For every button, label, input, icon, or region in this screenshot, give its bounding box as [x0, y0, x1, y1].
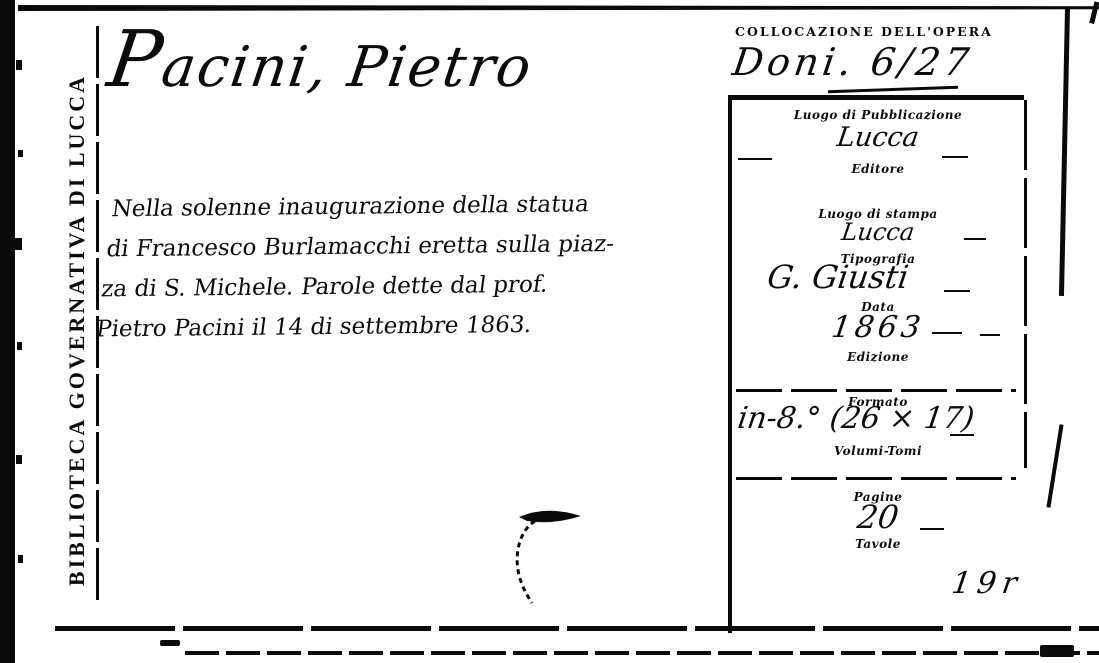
- scan-edge-band: [0, 0, 15, 663]
- field-value: G. Giusti: [689, 258, 986, 296]
- ruling-dash: [980, 334, 1000, 336]
- title-line: za di S. Michele. Parole dette dal prof.: [99, 263, 744, 310]
- scan-speck: [16, 455, 22, 464]
- scan-blob: [1040, 645, 1074, 657]
- panel-right-rule: [1024, 100, 1027, 468]
- scan-speck: [17, 342, 22, 350]
- scan-speck: [16, 60, 22, 70]
- ruling-dash: [942, 156, 968, 158]
- title-text: Nella solenne inaugurazione della statua…: [94, 183, 755, 350]
- scan-speck: [18, 150, 23, 157]
- field-value: Lucca: [730, 218, 1026, 246]
- ruling-dash: [944, 290, 970, 292]
- field-label: Editore: [732, 162, 1024, 176]
- field-label: Tavole: [732, 537, 1024, 551]
- card-top-edge: [18, 5, 1099, 11]
- ruling-dash: [950, 434, 974, 436]
- scan-corner-mark: [1076, 0, 1099, 24]
- ruling-dash: [932, 332, 962, 334]
- collocation-label: COLLOCAZIONE DELL'OPERA: [735, 24, 990, 39]
- field-value: Lucca: [730, 122, 1026, 153]
- library-stamp: BIBLIOTECA GOVERNATIVA DI LUCCA: [57, 25, 97, 635]
- scan-stroke: [1046, 424, 1063, 508]
- field-value: in-8.° (26 × 17): [708, 401, 1005, 436]
- field-value: 20: [729, 498, 1026, 536]
- ink-smudge: [505, 503, 595, 608]
- bibliographic-panel: Luogo di Pubblicazione Lucca Editore Luo…: [728, 95, 1024, 633]
- author-rest: acini, Pietro: [158, 35, 537, 100]
- panel-divider: [736, 477, 1016, 480]
- field-value: 1863: [730, 310, 1027, 345]
- ruling-dash: [964, 238, 986, 240]
- field-label: Edizione: [732, 350, 1024, 364]
- panel-divider: [736, 389, 1016, 392]
- scan-speck: [15, 238, 22, 250]
- title-line: di Francesco Burlamacchi eretta sulla pi…: [104, 223, 749, 270]
- collocation-value: Doni. 6/27: [730, 40, 976, 84]
- title-line: Pietro Pacini il 14 di settembre 1863.: [94, 303, 739, 350]
- field-label: Luogo di Pubblicazione: [732, 108, 1024, 122]
- field-label: Volumi-Tomi: [732, 444, 1024, 458]
- ruling-dash: [920, 528, 944, 530]
- ruling-dash: [828, 86, 958, 94]
- scan-speck: [18, 555, 23, 563]
- scan-blob: [160, 640, 180, 646]
- ruling-dash: [738, 158, 772, 160]
- catalog-card-scan: BIBLIOTECA GOVERNATIVA DI LUCCA Pacini, …: [0, 0, 1099, 663]
- author-heading: Pacini, Pietro: [103, 32, 537, 100]
- scan-bottom-line: [185, 651, 1099, 655]
- title-line: Nella solenne inaugurazione della statua: [109, 183, 754, 230]
- card-right-edge: [1059, 8, 1070, 296]
- folio-mark: 19r: [950, 566, 1025, 601]
